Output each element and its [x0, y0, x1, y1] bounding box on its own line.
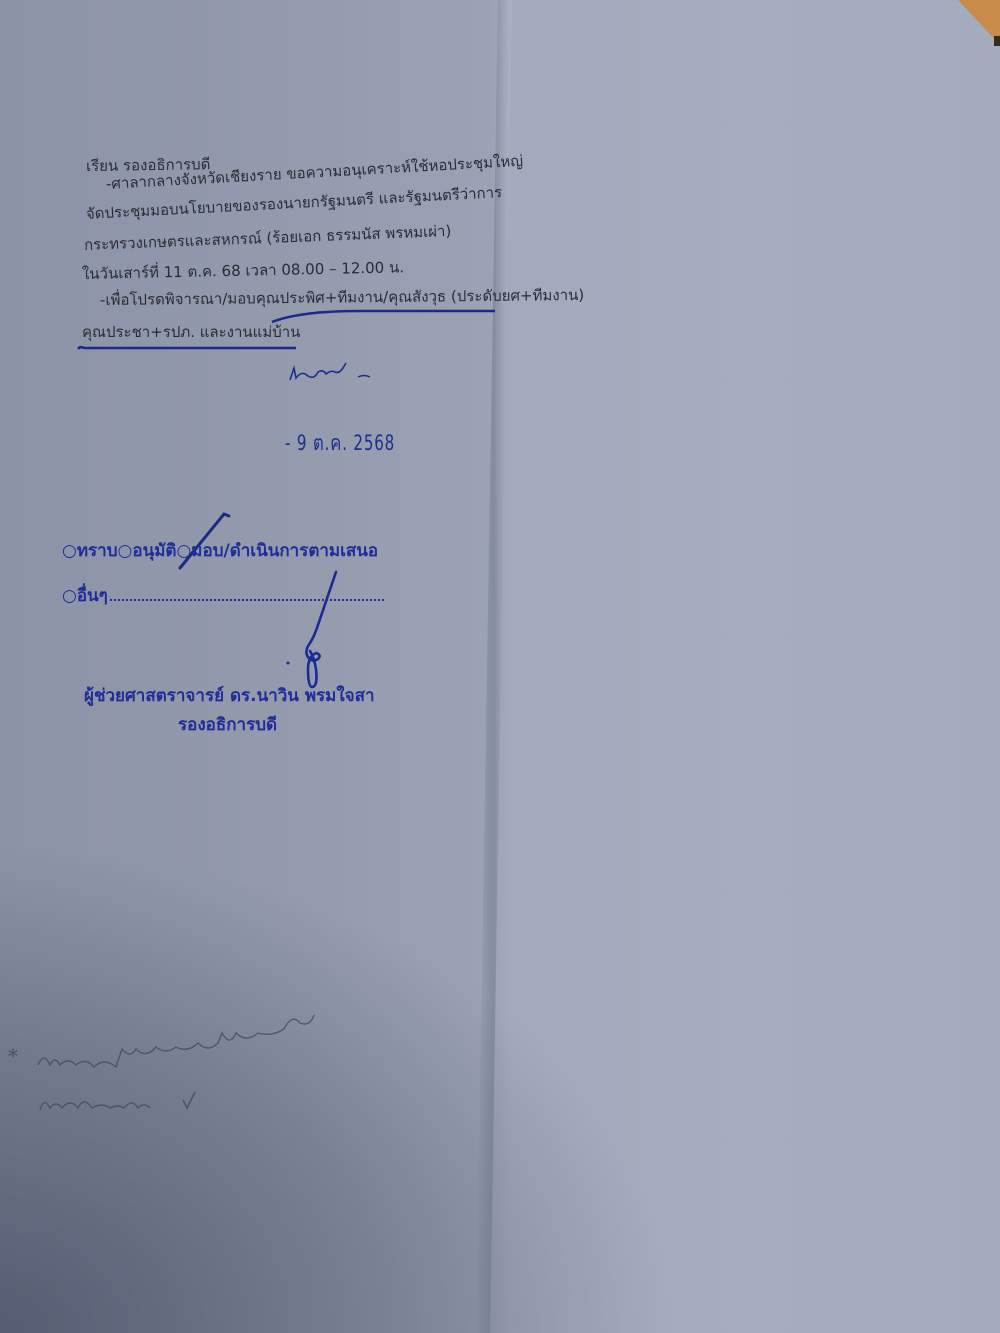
signatory-position: รองอธิการบดี — [178, 711, 277, 738]
option-other-label: อื่นๆ — [77, 586, 108, 606]
date-stamp: - 9 ต.ค. 2568 — [285, 427, 395, 460]
option-assign-proceed: มอบ/ดำเนินการตามเสนอ — [191, 541, 378, 561]
decision-other: ○อื่นๆ — [62, 582, 384, 609]
option-circle-checked[interactable]: ○ — [176, 541, 191, 561]
option-circle[interactable]: ○ — [62, 586, 77, 606]
table-corner-shadow — [994, 36, 1000, 46]
other-dotted-line — [110, 599, 384, 601]
decision-options: ○ทราบ○อนุมัติ○มอบ/ดำเนินการตามเสนอ — [62, 537, 378, 564]
option-acknowledge: ทราบ — [77, 541, 118, 561]
memo-line: -เพื่อโปรดพิจารณา/มอบคุณประพิศ+ทีมงาน/คุ… — [100, 283, 584, 312]
option-circle[interactable]: ○ — [62, 541, 77, 561]
option-approve: อนุมัติ — [132, 541, 176, 561]
option-circle[interactable]: ○ — [118, 541, 133, 561]
memo-line: คุณประชา+รปภ. และงานแม่บ้าน — [82, 320, 300, 344]
signatory-name: ผู้ช่วยศาสตราจารย์ ดร.นาวิน พรมใจสา — [84, 682, 375, 709]
pencil-note-asterisk: * — [8, 1044, 18, 1068]
